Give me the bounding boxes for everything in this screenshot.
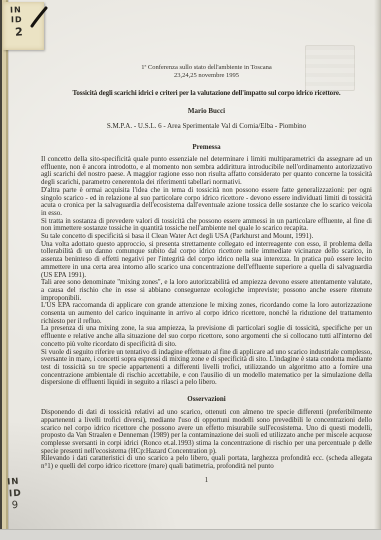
paragraph: Rilevando i dati caratteristici di uno s…: [41, 455, 372, 470]
paragraph: D'altra parte è ormai acquisita l'idea c…: [41, 187, 372, 218]
page-number: 1: [41, 476, 372, 484]
conference-name: 1ª Conferenza sullo stato dell'ambiente …: [41, 64, 372, 72]
handwritten-archive-note: IN ID 9: [7, 476, 23, 513]
author-affiliation: S.M.P.A. - U.S.L. 6 - Area Sperimentale …: [41, 122, 372, 130]
paragraph: La presenza di una mixing zone, la sua a…: [41, 325, 372, 348]
note-line: IN: [7, 476, 22, 489]
osservazioni-body: Disponendo di dati di tossicità relativi…: [41, 409, 372, 471]
section-heading-premessa: Premessa: [41, 143, 372, 151]
paragraph: Si vuole di seguito riferire un tentativ…: [41, 349, 372, 388]
section-heading-osservazioni: Osservazioni: [41, 395, 372, 403]
conference-date: 23,24,25 novembre 1995: [41, 72, 372, 80]
paragraph: L'US EPA raccomanda di applicare con gra…: [41, 302, 372, 325]
scanned-paper-page: IN ID 2 IN ID 9 1ª Conferenza sullo stat…: [0, 0, 381, 540]
note-line: ID: [9, 488, 23, 501]
paper-title: Tossicità degli scarichi idrici e criter…: [41, 89, 372, 97]
paragraph: Disponendo di dati di tossicità relativi…: [41, 409, 372, 455]
page-bottom-edge: [0, 529, 381, 540]
author-name: Mario Bucci: [41, 107, 372, 115]
typed-page-content: 1ª Conferenza sullo stato dell'ambiente …: [41, 0, 372, 484]
paragraph: Il concetto della sito-specificità quale…: [41, 156, 372, 187]
paragraph: Tali aree sono denominate "mixing zones"…: [41, 279, 372, 302]
page-right-edge-shadow: [374, 0, 381, 540]
paragraph: Una volta adottato questo approccio, si …: [41, 241, 372, 280]
paragraph: Si tratta in sostanza di prevedere valor…: [41, 218, 372, 233]
note-line: 9: [11, 500, 23, 513]
page-left-binding-edge: [0, 0, 9, 540]
premessa-body: Il concetto della sito-specificità quale…: [41, 156, 372, 387]
